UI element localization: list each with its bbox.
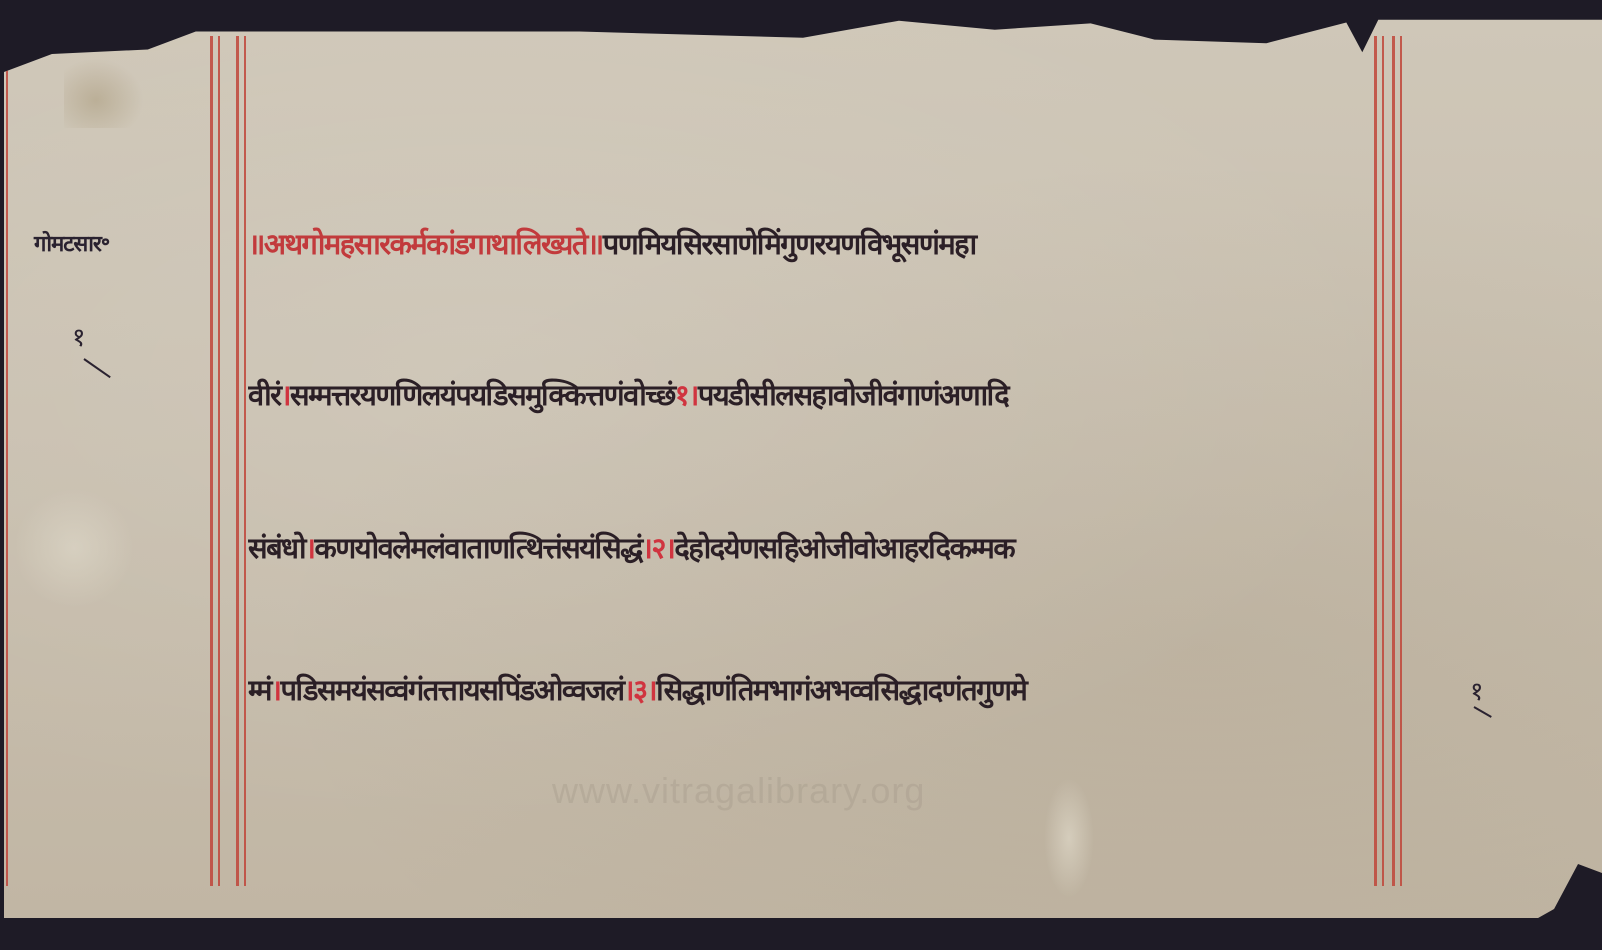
danda-mark: । <box>271 673 281 707</box>
verse-text: पणमियसिरसाणेमिंगुणरयणविभूसणंमहा <box>603 227 976 261</box>
manuscript-folio: गोमटसार॰ १ १ ॥अथगोमहसारकर्मकांडगाथालिख्य… <box>4 18 1602 918</box>
margin-rule <box>1400 36 1402 886</box>
paper-stain <box>64 58 144 128</box>
verse-number-mark: १। <box>675 378 698 412</box>
text-line-2: वीरं।सम्मत्तरयणणिलयंपयडिसमुक्कित्तणंवोच्… <box>248 375 1388 414</box>
verse-text: पयडीसीलसहावोजीवंगाणंअणादि <box>698 378 1008 412</box>
margin-rule <box>210 36 213 886</box>
text-line-1: ॥अथगोमहसारकर्मकांडगाथालिख्यते॥पणमियसिरसा… <box>248 224 1388 263</box>
invocation-red-text: ॥अथगोमहसारकर्मकांडगाथालिख्यते॥ <box>248 227 603 261</box>
verse-text: म्मं <box>248 673 271 707</box>
verse-number-mark: ।२। <box>642 531 675 565</box>
margin-rule <box>1392 36 1395 886</box>
danda-mark: । <box>281 378 291 412</box>
folio-number-left: १ <box>72 318 86 354</box>
verse-number-mark: ।३। <box>624 673 657 707</box>
verse-text: संबंधो <box>248 531 305 565</box>
margin-rule <box>244 36 246 886</box>
margin-rule <box>6 36 8 886</box>
margin-title: गोमटसार॰ <box>34 228 109 258</box>
text-line-3: संबंधो।कणयोवलेमलंवाताणत्थित्तंसयंसिद्धं।… <box>248 528 1388 567</box>
margin-rule <box>1382 36 1384 886</box>
paper-crease <box>1044 778 1094 898</box>
verse-text: सिद्धाणंतिमभागंअभव्वसिद्धादणंतगुणमे <box>656 673 1026 707</box>
verse-text: सम्मत्तरयणणिलयंपयडिसमुक्कित्तणंवोच्छं <box>290 378 675 412</box>
verse-text: देहोदयेणसहिओजीवोआहरदिकम्मक <box>674 531 1014 565</box>
margin-rule <box>1374 36 1377 886</box>
folio-number-right: १ <box>1470 672 1484 708</box>
verse-text: कणयोवलेमलंवाताणत्थित्तंसयंसिद्धं <box>315 531 642 565</box>
watermark: www.vitragalibrary.org <box>552 770 925 812</box>
text-line-4: म्मं।पडिसमयंसव्वंगंतत्तायसपिंडओव्वजलं।३।… <box>248 670 1388 709</box>
danda-mark: । <box>305 531 315 565</box>
margin-rule <box>218 36 220 886</box>
verse-text: वीरं <box>248 378 281 412</box>
verse-text: पडिसमयंसव्वंगंतत्तायसपिंडओव्वजलं <box>281 673 624 707</box>
folio-number-stroke <box>83 358 110 378</box>
paper-damage <box>14 488 134 608</box>
margin-rule <box>236 36 239 886</box>
